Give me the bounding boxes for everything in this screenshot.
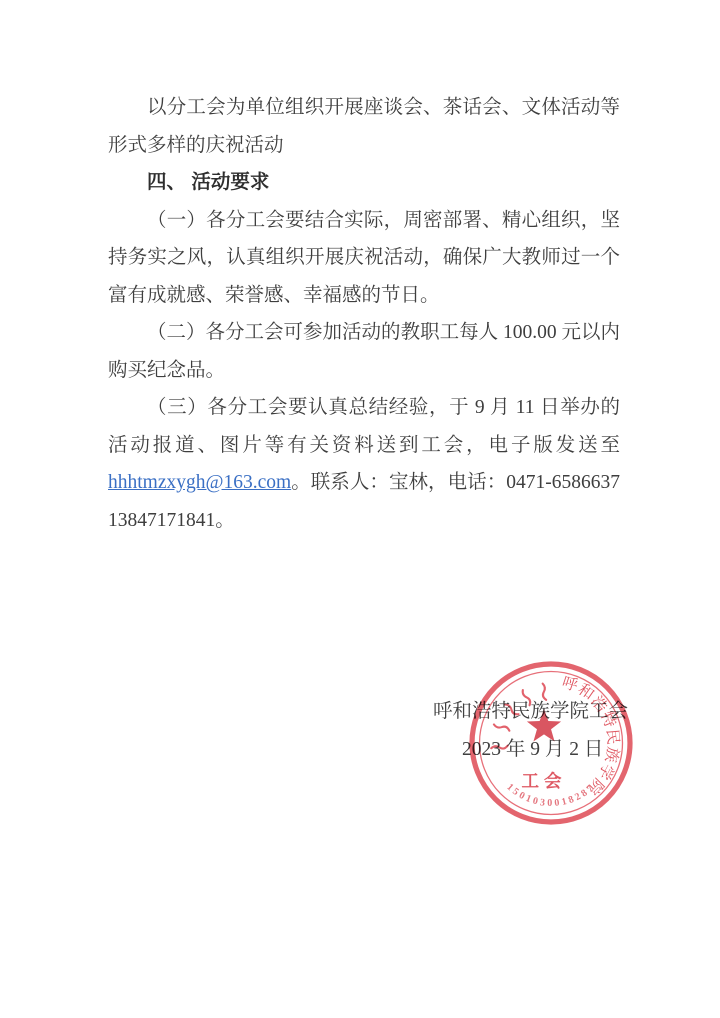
seal-serial-number: 1501030018287 (504, 782, 597, 809)
document-page: 以分工会为单位组织开展座谈会、茶话会、文体活动等形式多样的庆祝活动 四、 活动要… (0, 0, 720, 1018)
signature-date: 2023 年 9 月 2 日 (462, 738, 603, 762)
paragraph-text-before-link: （三）各分工会要认真总结经验，于 9 月 11 日举办的活动报道、图片等有关资料… (108, 397, 620, 456)
paragraph: （一）各分工会要结合实际，周密部署、精心组织，坚持务实之风，认真组织开展庆祝活动… (108, 202, 620, 315)
signature-organization: 呼和浩特民族学院工会 (433, 700, 628, 724)
seal-ring-text: 呼和浩特民族学院 (560, 673, 623, 799)
email-link[interactable]: hhhtmzxygh@163.com (108, 472, 291, 493)
paragraph: （三）各分工会要认真总结经验，于 9 月 11 日举办的活动报道、图片等有关资料… (108, 389, 620, 539)
paragraph: 以分工会为单位组织开展座谈会、茶话会、文体活动等形式多样的庆祝活动 (108, 89, 620, 164)
seal-center-text: 工会 (522, 771, 567, 791)
document-body: 以分工会为单位组织开展座谈会、茶话会、文体活动等形式多样的庆祝活动 四、 活动要… (108, 89, 620, 539)
paragraph: （二）各分工会可参加活动的教职工每人 100.00 元以内购买纪念品。 (108, 314, 620, 389)
section-heading: 四、 活动要求 (108, 164, 620, 202)
